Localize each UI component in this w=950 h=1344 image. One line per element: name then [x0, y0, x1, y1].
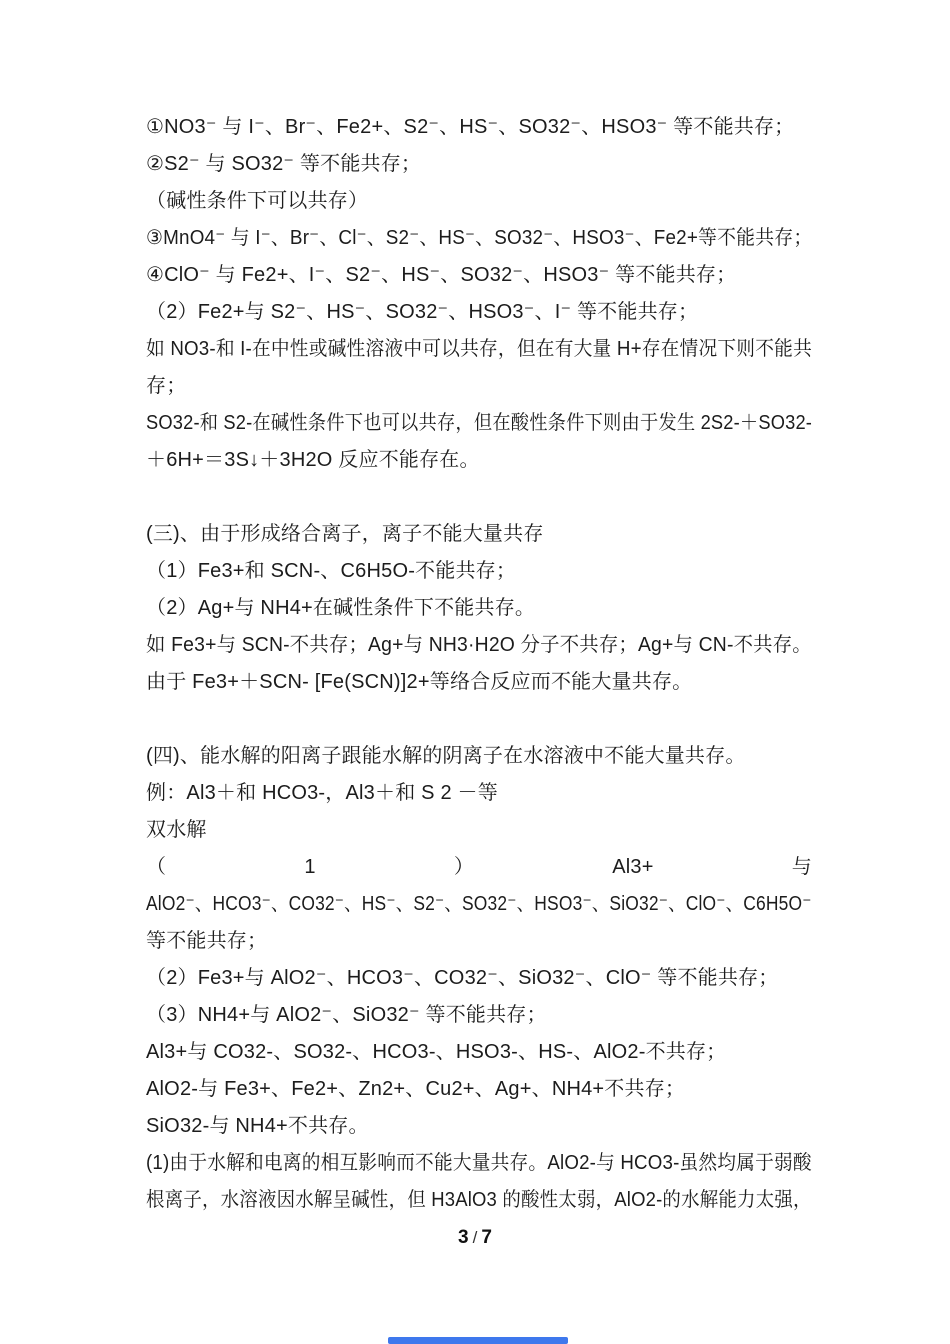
text-line-content: （2）Fe2+与 S2⁻、HS⁻、SO32⁻、HSO3⁻、I⁻ 等不能共存；: [146, 294, 698, 331]
blank-line: [146, 479, 812, 516]
spread-token: 与: [792, 849, 812, 886]
text-line-content: ③MnO4⁻ 与 I⁻、Br⁻、Cl⁻、S2⁻、HS⁻、SO32⁻、HSO3⁻、…: [146, 220, 812, 257]
text-line: SiO32-与 NH4+不共存。: [146, 1108, 812, 1145]
text-line-content: SO32-和 S2-在碱性条件下也可以共存，但在酸性条件下则由于发生 2S2-＋…: [146, 405, 812, 442]
text-line: AlO2⁻、HCO3⁻、CO32⁻、HS⁻、S2⁻、SO32⁻、HSO3⁻、Si…: [146, 886, 812, 923]
text-line: 双水解: [146, 812, 812, 849]
text-line-content: （3）NH4+与 AlO2⁻、SiO32⁻ 等不能共存；: [146, 997, 547, 1034]
page-number-separator: /: [469, 1228, 482, 1247]
text-line: 如 NO3-和 I-在中性或碱性溶液中可以共存，但在有大量 H+存在情况下则不能…: [146, 331, 812, 368]
text-line: 例：Al3＋和 HCO3-，Al3＋和 S 2 －等: [146, 775, 812, 812]
text-line-content: ＋6H+＝3S↓＋3H2O 反应不能存在。: [146, 442, 480, 479]
text-line-content: AlO2⁻、HCO3⁻、CO32⁻、HS⁻、S2⁻、SO32⁻、HSO3⁻、Si…: [146, 886, 812, 923]
text-line-content: ④ClO⁻ 与 Fe2+、I⁻、S2⁻、HS⁻、SO32⁻、HSO3⁻ 等不能共…: [146, 257, 736, 294]
text-line: （2）Ag+与 NH4+在碱性条件下不能共存。: [146, 590, 812, 627]
text-line: ②S2⁻ 与 SO32⁻ 等不能共存；: [146, 146, 812, 183]
text-line-content: AlO2-与 Fe3+、Fe2+、Zn2+、Cu2+、Ag+、NH4+不共存；: [146, 1071, 685, 1108]
text-line-content: （碱性条件下可以共存）: [146, 183, 368, 220]
text-line-content: 根离子，水溶液因水解呈碱性，但 H3AlO3 的酸性太弱，AlO2-的水解能力太…: [146, 1182, 812, 1219]
page-footer: 3/7: [0, 1224, 950, 1252]
page-number-current: 3: [458, 1227, 469, 1248]
text-line: （2）Fe2+与 S2⁻、HS⁻、SO32⁻、HSO3⁻、I⁻ 等不能共存；: [146, 294, 812, 331]
text-line-content: Al3+与 CO32-、SO32-、HCO3-、HSO3-、HS-、AlO2-不…: [146, 1034, 726, 1071]
text-line: AlO2-与 Fe3+、Fe2+、Zn2+、Cu2+、Ag+、NH4+不共存；: [146, 1071, 812, 1108]
text-line: 如 Fe3+与 SCN-不共存；Ag+与 NH3·H2O 分子不共存；Ag+与 …: [146, 627, 812, 664]
text-line: Al3+与 CO32-、SO32-、HCO3-、HSO3-、HS-、AlO2-不…: [146, 1034, 812, 1071]
text-line: （2）Fe3+与 AlO2⁻、HCO3⁻、CO32⁻、SiO32⁻、ClO⁻ 等…: [146, 960, 812, 997]
text-line: 等不能共存；: [146, 923, 812, 960]
text-line-content: SiO32-与 NH4+不共存。: [146, 1108, 369, 1145]
spread-token: ）: [454, 849, 474, 886]
document-body: ①NO3⁻ 与 I⁻、Br⁻、Fe2+、S2⁻、HS⁻、SO32⁻、HSO3⁻ …: [146, 109, 812, 1219]
text-line-content: 如 NO3-和 I-在中性或碱性溶液中可以共存，但在有大量 H+存在情况下则不能…: [146, 331, 812, 368]
text-line-content: （1）Fe3+和 SCN-、C6H5O-不能共存；: [146, 553, 516, 590]
text-line: (四)、能水解的阳离子跟能水解的阴离子在水溶液中不能大量共存。: [146, 738, 812, 775]
text-line: （1）Fe3+和 SCN-、C6H5O-不能共存；: [146, 553, 812, 590]
text-line-content: （2）Ag+与 NH4+在碱性条件下不能共存。: [146, 590, 535, 627]
text-line: ①NO3⁻ 与 I⁻、Br⁻、Fe2+、S2⁻、HS⁻、SO32⁻、HSO3⁻ …: [146, 109, 812, 146]
spread-text-line: （1）Al3+与: [146, 849, 812, 886]
text-line-content: ②S2⁻ 与 SO32⁻ 等不能共存；: [146, 146, 421, 183]
text-line-content: 如 Fe3+与 SCN-不共存；Ag+与 NH3·H2O 分子不共存；Ag+与 …: [146, 627, 812, 664]
text-line: 存；: [146, 368, 812, 405]
text-line-content: (1)由于水解和电离的相互影响而不能大量共存。AlO2-与 HCO3-虽然均属于…: [146, 1145, 812, 1182]
text-line: SO32-和 S2-在碱性条件下也可以共存，但在酸性条件下则由于发生 2S2-＋…: [146, 405, 812, 442]
text-line-content: ①NO3⁻ 与 I⁻、Br⁻、Fe2+、S2⁻、HS⁻、SO32⁻、HSO3⁻ …: [146, 109, 794, 146]
text-line-content: (三)、由于形成络合离子，离子不能大量共存: [146, 516, 544, 553]
text-line-content: (四)、能水解的阳离子跟能水解的阴离子在水溶液中不能大量共存。: [146, 738, 746, 775]
text-line: (三)、由于形成络合离子，离子不能大量共存: [146, 516, 812, 553]
text-line: ④ClO⁻ 与 Fe2+、I⁻、S2⁻、HS⁻、SO32⁻、HSO3⁻ 等不能共…: [146, 257, 812, 294]
text-line-content: 例：Al3＋和 HCO3-，Al3＋和 S 2 －等: [146, 775, 498, 812]
text-line-content: 双水解: [146, 812, 207, 849]
spread-token: （: [146, 849, 166, 886]
text-line-content: 由于 Fe3+＋SCN- [Fe(SCN)]2+等络合反应而不能大量共存。: [146, 664, 692, 701]
page-number-total: 7: [481, 1227, 492, 1248]
blank-line: [146, 701, 812, 738]
bottom-blue-bar: [388, 1337, 568, 1344]
text-line-content: 等不能共存；: [146, 923, 267, 960]
text-line-content: 存；: [146, 368, 186, 405]
text-line: 根离子，水溶液因水解呈碱性，但 H3AlO3 的酸性太弱，AlO2-的水解能力太…: [146, 1182, 812, 1219]
spread-token: 1: [304, 849, 315, 886]
text-line: （碱性条件下可以共存）: [146, 183, 812, 220]
text-line: ③MnO4⁻ 与 I⁻、Br⁻、Cl⁻、S2⁻、HS⁻、SO32⁻、HSO3⁻、…: [146, 220, 812, 257]
text-line: （3）NH4+与 AlO2⁻、SiO32⁻ 等不能共存；: [146, 997, 812, 1034]
spread-token: Al3+: [612, 849, 653, 886]
text-line: (1)由于水解和电离的相互影响而不能大量共存。AlO2-与 HCO3-虽然均属于…: [146, 1145, 812, 1182]
text-line-content: （2）Fe3+与 AlO2⁻、HCO3⁻、CO32⁻、SiO32⁻、ClO⁻ 等…: [146, 960, 778, 997]
text-line: 由于 Fe3+＋SCN- [Fe(SCN)]2+等络合反应而不能大量共存。: [146, 664, 812, 701]
text-line: ＋6H+＝3S↓＋3H2O 反应不能存在。: [146, 442, 812, 479]
